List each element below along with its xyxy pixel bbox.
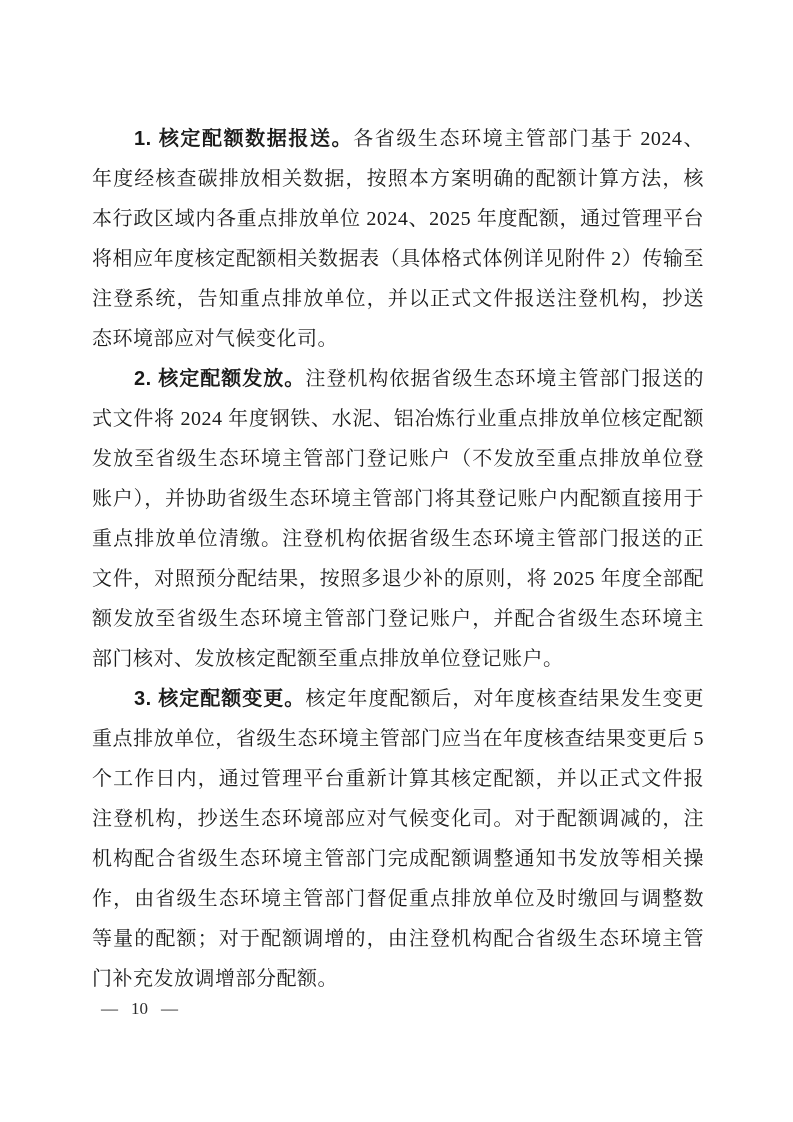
text-run: 文件，对照预分配结果，按照多退少补的原则，将 2025 年度全部配	[92, 568, 704, 590]
text-line: 机构配合省级生态环境主管部门完成配额调整通知书发放等相关操	[92, 839, 704, 879]
paragraph-lead: 2. 核定配额发放。	[134, 368, 305, 390]
text-run: 式文件将 2024 年度钢铁、水泥、铝冶炼行业重点排放单位核定配额	[92, 408, 704, 430]
text-line: 2. 核定配额发放。注登机构依据省级生态环境主管部门报送的正	[92, 359, 704, 399]
paragraph-lead: 3. 核定配额变更。	[134, 688, 305, 710]
footer-dash-left: —	[101, 999, 118, 1019]
text-run: 发放至省级生态环境主管部门登记账户（不发放至重点排放单位登记	[92, 448, 704, 479]
text-run: 重点排放单位清缴。注登机构依据省级生态环境主管部门报送的正式	[92, 528, 704, 559]
document-page: 1. 核定配额数据报送。各省级生态环境主管部门基于 2024、2025年度经核查…	[0, 0, 793, 1122]
body-text: 1. 核定配额数据报送。各省级生态环境主管部门基于 2024、2025年度经核查…	[92, 119, 704, 999]
text-line: 重点排放单位清缴。注登机构依据省级生态环境主管部门报送的正式	[92, 519, 704, 559]
text-line: 作，由省级生态环境主管部门督促重点排放单位及时缴回与调整数量	[92, 879, 704, 919]
text-run: 本行政区域内各重点排放单位 2024、2025 年度配额，通过管理平台	[92, 208, 704, 230]
text-run: 账户），并协助省级生态环境主管部门将其登记账户内配额直接用于	[92, 488, 704, 510]
text-run: 额发放至省级生态环境主管部门登记账户，并配合省级生态环境主管	[92, 608, 704, 639]
text-run: 将相应年度核定配额相关数据表（具体格式体例详见附件 2）传输至	[92, 248, 704, 270]
footer: — 10 —	[101, 999, 178, 1019]
page-number: 10	[131, 999, 148, 1019]
text-line: 等量的配额；对于配额调增的，由注登机构配合省级生态环境主管部	[92, 919, 704, 959]
text-run: 作，由省级生态环境主管部门督促重点排放单位及时缴回与调整数量	[92, 888, 704, 919]
text-line: 文件，对照预分配结果，按照多退少补的原则，将 2025 年度全部配	[92, 559, 704, 599]
text-run: 部门核对、发放核定配额至重点排放单位登记账户。	[92, 648, 564, 670]
text-run: 门补充发放调增部分配额。	[92, 968, 338, 990]
text-line: 账户），并协助省级生态环境主管部门将其登记账户内配额直接用于	[92, 479, 704, 519]
text-line: 3. 核定配额变更。核定年度配额后，对年度核查结果发生变更的	[92, 679, 704, 719]
text-run: 个工作日内，通过管理平台重新计算其核定配额，并以正式文件报送	[92, 768, 704, 799]
text-line: 1. 核定配额数据报送。各省级生态环境主管部门基于 2024、2025	[92, 119, 704, 159]
text-line: 本行政区域内各重点排放单位 2024、2025 年度配额，通过管理平台	[92, 199, 704, 239]
text-line: 注登机构，抄送生态环境部应对气候变化司。对于配额调减的，注登	[92, 799, 704, 839]
text-line: 将相应年度核定配额相关数据表（具体格式体例详见附件 2）传输至	[92, 239, 704, 279]
text-line: 重点排放单位，省级生态环境主管部门应当在年度核查结果变更后 5	[92, 719, 704, 759]
text-line: 态环境部应对气候变化司。	[92, 319, 704, 359]
text-run: 机构配合省级生态环境主管部门完成配额调整通知书发放等相关操	[92, 848, 704, 870]
text-line: 个工作日内，通过管理平台重新计算其核定配额，并以正式文件报送	[92, 759, 704, 799]
text-line: 式文件将 2024 年度钢铁、水泥、铝冶炼行业重点排放单位核定配额	[92, 399, 704, 439]
text-line: 部门核对、发放核定配额至重点排放单位登记账户。	[92, 639, 704, 679]
text-line: 门补充发放调增部分配额。	[92, 959, 704, 999]
text-line: 注登系统，告知重点排放单位，并以正式文件报送注登机构，抄送生	[92, 279, 704, 319]
text-run: 注登系统，告知重点排放单位，并以正式文件报送注登机构，抄送生	[92, 288, 704, 319]
text-run: 年度经核查碳排放相关数据，按照本方案明确的配额计算方法，核定	[92, 168, 704, 199]
text-run: 等量的配额；对于配额调增的，由注登机构配合省级生态环境主管部	[92, 928, 704, 959]
text-run: 注登机构，抄送生态环境部应对气候变化司。对于配额调减的，注登	[92, 808, 704, 839]
text-line: 发放至省级生态环境主管部门登记账户（不发放至重点排放单位登记	[92, 439, 704, 479]
footer-dash-right: —	[161, 999, 178, 1019]
text-line: 年度经核查碳排放相关数据，按照本方案明确的配额计算方法，核定	[92, 159, 704, 199]
text-line: 额发放至省级生态环境主管部门登记账户，并配合省级生态环境主管	[92, 599, 704, 639]
text-run: 重点排放单位，省级生态环境主管部门应当在年度核查结果变更后 5	[92, 728, 704, 750]
text-run: 态环境部应对气候变化司。	[92, 328, 338, 350]
paragraph-lead: 1. 核定配额数据报送。	[134, 128, 353, 150]
